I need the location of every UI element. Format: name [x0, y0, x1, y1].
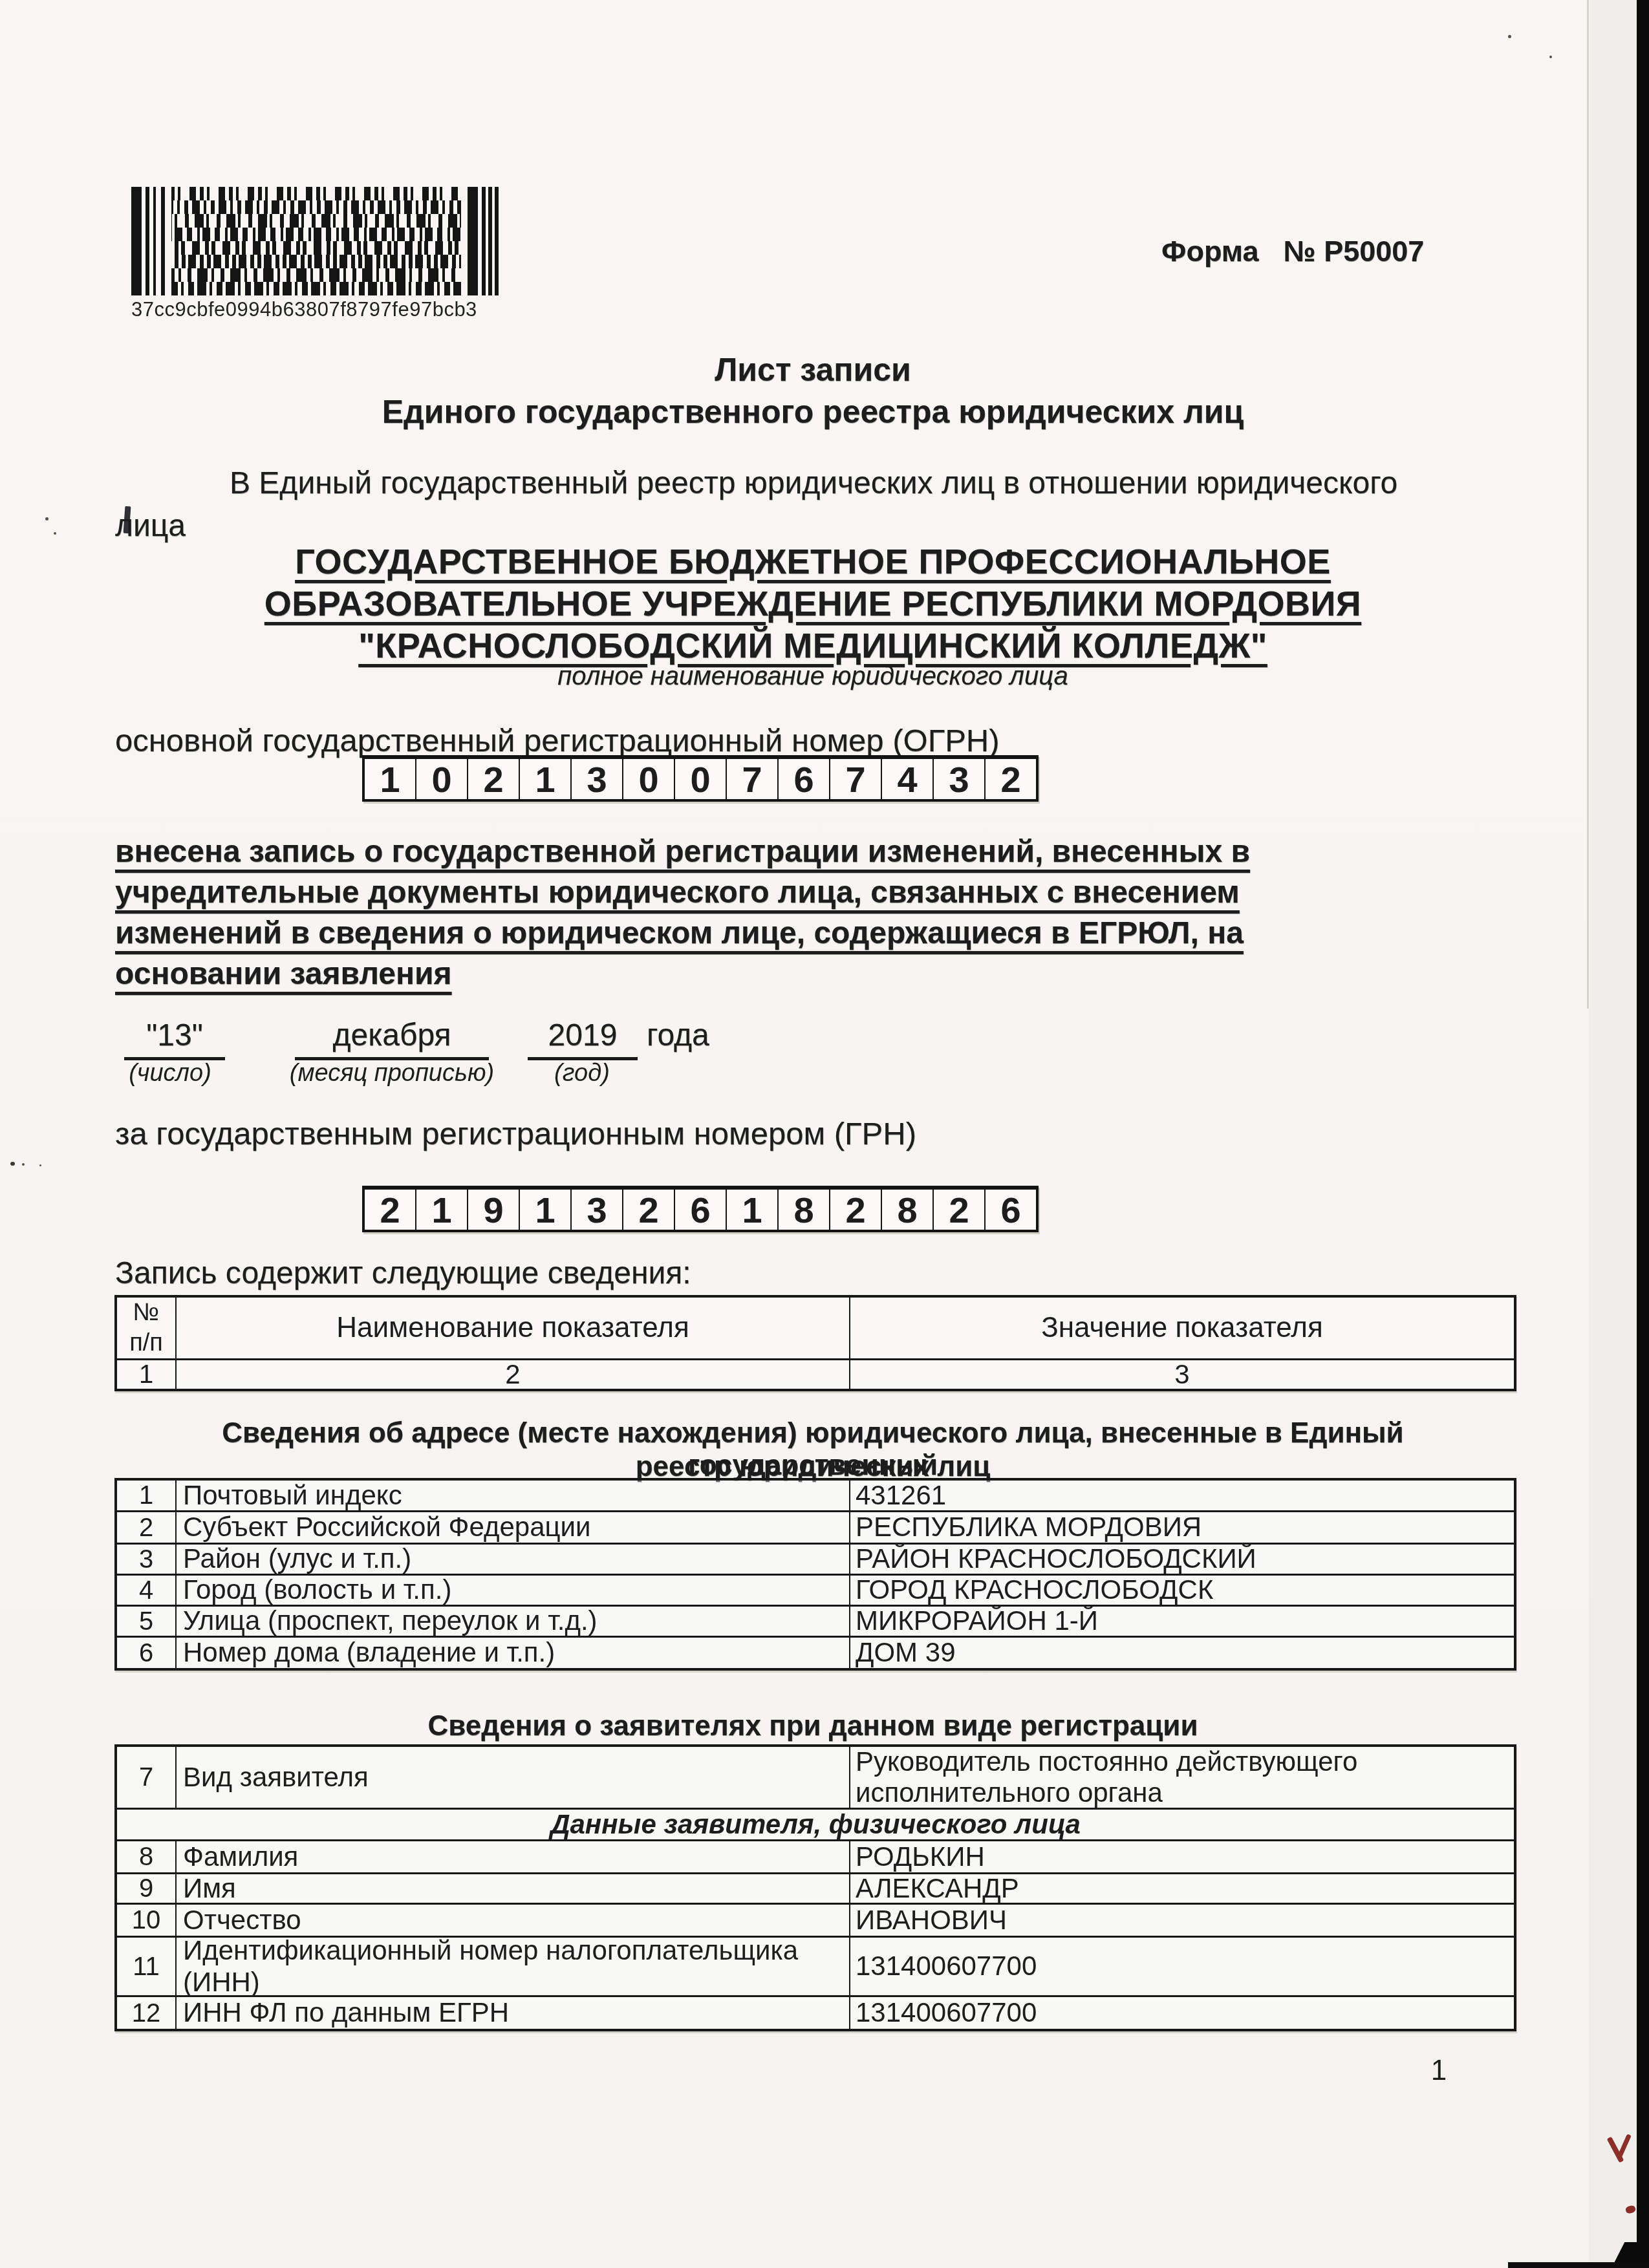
row-number: 4 [117, 1576, 177, 1605]
applicant-section-title: Сведения о заявителях при данном виде ре… [114, 1710, 1511, 1742]
dust-speck [45, 517, 48, 520]
ogrn-digit: 7 [829, 759, 881, 799]
entity-name-text: ОБРАЗОВАТЕЛЬНОЕ УЧРЕЖДЕНИЕ РЕСПУБЛИКИ МО… [264, 584, 1361, 623]
ogrn-digit: 3 [932, 759, 984, 799]
grn-digit: 2 [932, 1190, 984, 1230]
form-label: Форма [1161, 235, 1259, 268]
intro-line1: В Единый государственный реестр юридичес… [230, 465, 1397, 501]
entity-name-caption: полное наименование юридического лица [114, 662, 1511, 691]
record-intro: Запись содержит следующие сведения: [115, 1256, 691, 1291]
table-subheader-row: Данные заявителя, физического лица [117, 1808, 1514, 1839]
row-name: Имя [177, 1874, 850, 1903]
barcode-number: 37cc9cbfe0994b63807f8797fe97bcb3 [131, 298, 477, 321]
entity-name-text: "КРАСНОСЛОБОДСКИЙ МЕДИЦИНСКИЙ КОЛЛЕДЖ" [358, 626, 1267, 665]
grn-digit: 6 [984, 1190, 1036, 1230]
barcode-row [131, 255, 499, 268]
table-row: 4 Город (волость и т.п.) ГОРОД КРАСНОСЛО… [117, 1574, 1514, 1605]
statement-line2: учредительные документы юридического лиц… [115, 875, 1240, 910]
table-row: 3 Район (улус и т.п.) РАЙОН КРАСНОСЛОБОД… [117, 1543, 1514, 1574]
dust-speck [10, 1162, 15, 1166]
row-name: Номер дома (владение и т.п.) [177, 1638, 850, 1668]
row-name: Фамилия [177, 1841, 850, 1872]
row-name: Район (улус и т.п.) [177, 1545, 850, 1574]
row-value: ИВАНОВИЧ [850, 1905, 1514, 1936]
ogrn-digit: 0 [622, 759, 674, 799]
scanned-document-page: 37cc9cbfe0994b63807f8797fe97bcb3 Форма №… [0, 0, 1649, 2268]
date-year-suffix: года [647, 1018, 709, 1053]
ogrn-digit: 1 [519, 759, 570, 799]
grn-label: за государственным регистрационным номер… [115, 1116, 916, 1152]
date-month: декабря [295, 1018, 489, 1060]
row-name: Отчество [177, 1905, 850, 1936]
row-value: ДОМ 39 [850, 1638, 1514, 1668]
header-num-top: № [133, 1298, 160, 1329]
row-name: Субъект Российской Федерации [177, 1512, 850, 1543]
row-number: 5 [117, 1607, 177, 1636]
row-number: 11 [117, 1938, 177, 1995]
grn-digit: 6 [674, 1190, 726, 1230]
grn-digit-boxes: 2 1 9 1 3 2 6 1 8 2 8 2 6 [362, 1186, 1039, 1232]
grn-digit: 8 [881, 1190, 932, 1230]
row-number: 12 [117, 1997, 177, 2029]
ogrn-digit: 0 [674, 759, 726, 799]
row-number: 2 [117, 1512, 177, 1543]
subheader-cell: Данные заявителя, физического лица [117, 1810, 1514, 1839]
statement-text: внесена запись о государственной регистр… [115, 835, 1250, 869]
row-value: Руководитель постоянно действующего испо… [850, 1747, 1514, 1808]
barcode-row [131, 241, 499, 255]
barcode-row [131, 214, 499, 228]
page-number: 1 [1416, 2055, 1461, 2087]
entity-name-line1: ГОСУДАРСТВЕННОЕ БЮДЖЕТНОЕ ПРОФЕССИОНАЛЬН… [114, 542, 1511, 582]
ogrn-digit: 0 [415, 759, 467, 799]
row-value: МИКРОРАЙОН 1-Й [850, 1607, 1514, 1636]
statement-line4: основании заявления [115, 956, 451, 992]
indicators-header-table: № п/п Наименование показателя Значение п… [114, 1295, 1516, 1391]
row-number: 9 [117, 1874, 177, 1903]
barcode-row [131, 187, 499, 200]
table-row: 11 Идентификационный номер налогоплатель… [117, 1936, 1514, 1995]
date-day-label: (число) [115, 1060, 225, 1087]
row-name: Улица (проспект, переулок и т.д.) [177, 1607, 850, 1636]
grn-digit: 2 [829, 1190, 881, 1230]
row-name: ИНН ФЛ по данным ЕГРН [177, 1997, 850, 2029]
table-row: 7 Вид заявителя Руководитель постоянно д… [117, 1747, 1514, 1808]
row-number: 6 [117, 1638, 177, 1668]
entity-name-text: ГОСУДАРСТВЕННОЕ БЮДЖЕТНОЕ ПРОФЕССИОНАЛЬН… [295, 542, 1331, 581]
row-number: 10 [117, 1905, 177, 1936]
row-number: 7 [117, 1747, 177, 1808]
statement-text: изменений в сведения о юридическом лице,… [115, 916, 1244, 950]
row-number: 1 [117, 1481, 177, 1510]
barcode-row [131, 228, 499, 241]
row-value: РАЙОН КРАСНОСЛОБОДСКИЙ [850, 1545, 1514, 1574]
index-value-cell: 3 [850, 1360, 1514, 1389]
row-value: 431261 [850, 1481, 1514, 1510]
ogrn-digit: 2 [467, 759, 519, 799]
ogrn-digit: 2 [984, 759, 1036, 799]
table-row: 6 Номер дома (владение и т.п.) ДОМ 39 [117, 1636, 1514, 1668]
header-name-cell: Наименование показателя [177, 1298, 850, 1358]
date-year: 2019 [528, 1018, 638, 1060]
dust-speck [1508, 35, 1511, 38]
table-row: 10 Отчество ИВАНОВИЧ [117, 1903, 1514, 1936]
header-num-bottom: п/п [129, 1328, 163, 1359]
table-row: 1 Почтовый индекс 431261 [117, 1481, 1514, 1510]
applicant-table: 7 Вид заявителя Руководитель постоянно д… [114, 1744, 1516, 2031]
grn-digit: 1 [519, 1190, 570, 1230]
table-index-row: 1 2 3 [117, 1358, 1514, 1389]
row-name: Город (волость и т.п.) [177, 1576, 850, 1605]
grn-digit: 1 [415, 1190, 467, 1230]
table-header-row: № п/п Наименование показателя Значение п… [117, 1298, 1514, 1358]
table-row: 2 Субъект Российской Федерации РЕСПУБЛИК… [117, 1510, 1514, 1543]
row-name: Почтовый индекс [177, 1481, 850, 1510]
header-num-cell: № п/п [117, 1298, 177, 1358]
grn-digit: 9 [467, 1190, 519, 1230]
row-value: РЕСПУБЛИКА МОРДОВИЯ [850, 1512, 1514, 1543]
statement-text: учредительные документы юридического лиц… [115, 875, 1240, 910]
barcode-row [131, 282, 499, 295]
dust-speck [39, 1164, 41, 1166]
ogrn-label: основной государственный регистрационный… [115, 723, 1000, 759]
date-day: "13" [124, 1018, 225, 1060]
pdf417-barcode [131, 187, 499, 295]
barcode-row [131, 200, 499, 214]
table-row: 5 Улица (проспект, переулок и т.д.) МИКР… [117, 1605, 1514, 1636]
entity-name-line3: "КРАСНОСЛОБОДСКИЙ МЕДИЦИНСКИЙ КОЛЛЕДЖ" [114, 626, 1511, 666]
ogrn-digit: 3 [570, 759, 622, 799]
scanner-shadow-bottom [1508, 2262, 1649, 2268]
paper-edge-line [1587, 0, 1589, 1009]
address-table: 1 Почтовый индекс 431261 2 Субъект Росси… [114, 1478, 1516, 1671]
document-title-line2: Единого государственного реестра юридиче… [114, 393, 1511, 431]
row-value: РОДЬКИН [850, 1841, 1514, 1872]
index-name-cell: 2 [177, 1360, 850, 1389]
ogrn-digit: 4 [881, 759, 932, 799]
table-row: 9 Имя АЛЕКСАНДР [117, 1872, 1514, 1903]
row-name: Идентификационный номер налогоплательщик… [177, 1938, 850, 1995]
index-num-cell: 1 [117, 1360, 177, 1389]
ogrn-digit: 7 [726, 759, 777, 799]
form-number-value: № Р50007 [1284, 235, 1425, 268]
row-value: 131400607700 [850, 1997, 1514, 2029]
grn-digit: 3 [570, 1190, 622, 1230]
statement-text: основании заявления [115, 957, 451, 991]
row-number: 8 [117, 1841, 177, 1872]
scanner-shadow-band [1637, 0, 1649, 2268]
grn-digit: 2 [622, 1190, 674, 1230]
grn-digit: 8 [777, 1190, 829, 1230]
barcode-stop-pattern [461, 187, 499, 295]
row-number: 3 [117, 1545, 177, 1574]
header-value-cell: Значение показателя [850, 1298, 1514, 1358]
row-name: Вид заявителя [177, 1747, 850, 1808]
dust-speck [54, 532, 56, 535]
table-row: 12 ИНН ФЛ по данным ЕГРН 131400607700 [117, 1995, 1514, 2029]
barcode-start-pattern [131, 187, 171, 295]
statement-line1: внесена запись о государственной регистр… [115, 834, 1250, 870]
row-value: АЛЕКСАНДР [850, 1874, 1514, 1903]
grn-digit: 2 [365, 1190, 415, 1230]
statement-line3: изменений в сведения о юридическом лице,… [115, 915, 1244, 951]
table-row: 8 Фамилия РОДЬКИН [117, 1839, 1514, 1872]
barcode-row [131, 268, 499, 282]
entity-name-line2: ОБРАЗОВАТЕЛЬНОЕ УЧРЕЖДЕНИЕ РЕСПУБЛИКИ МО… [114, 584, 1511, 624]
ogrn-digit: 1 [365, 759, 415, 799]
date-month-label: (месяц прописью) [288, 1060, 495, 1087]
form-number: Форма № Р50007 [1161, 235, 1424, 268]
intro-line2: лица [115, 508, 186, 544]
row-value: 131400607700 [850, 1938, 1514, 1995]
date-year-label: (год) [530, 1060, 634, 1087]
document-title-line1: Лист записи [114, 351, 1511, 389]
ogrn-digit: 6 [777, 759, 829, 799]
dust-speck [1549, 56, 1552, 58]
ogrn-digit-boxes: 1 0 2 1 3 0 0 7 6 7 4 3 2 [362, 755, 1039, 802]
grn-digit: 1 [726, 1190, 777, 1230]
dust-speck [22, 1163, 25, 1166]
row-value: ГОРОД КРАСНОСЛОБОДСК [850, 1576, 1514, 1605]
